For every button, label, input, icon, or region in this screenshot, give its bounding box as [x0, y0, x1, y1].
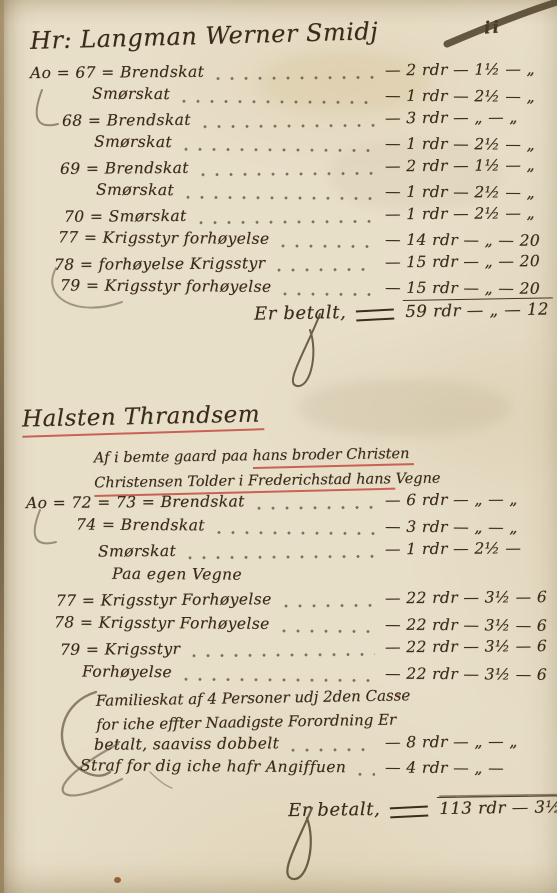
entry-amount: — 15 rdr — „ — 20 — [385, 279, 557, 298]
dotted-leader — [257, 506, 375, 511]
section2-note: Af i bemte gaard paa hans broder Christe… — [94, 442, 441, 497]
equals-sign — [356, 308, 395, 321]
entry-amount: — 1 rdr — 2½ — „ — [385, 183, 557, 202]
entry-label: Ao = 67 = Brendskat — [30, 63, 204, 82]
manuscript-page: ii Hr: Langman Werner Smidj Ao = 67 = Br… — [0, 0, 557, 893]
entry-label: Smørskat — [94, 133, 172, 152]
entry-label: Paa egen Vegne — [112, 564, 242, 583]
dotted-leader — [188, 555, 375, 560]
entry-label: Smørskat — [98, 542, 176, 561]
entry-label: betalt, saaviss dobbelt — [94, 734, 279, 753]
total-amount: 59 rdr — „ — 12 — [403, 297, 553, 321]
entry-amount: — 22 rdr — 3½ — 6 — [385, 588, 557, 607]
dotted-leader — [192, 653, 375, 658]
dotted-leader — [217, 530, 375, 535]
dotted-leader — [199, 219, 375, 224]
entry-amount: — 8 rdr — „ — „ — [385, 732, 557, 751]
entry-label: Smørskat — [92, 85, 170, 104]
show-through-stain — [300, 380, 510, 435]
dotted-leader — [203, 123, 375, 128]
entry-label: Forhøyelse — [82, 662, 172, 681]
red-underlined-text: Christensen Tolder i Frederichstad hans — [94, 471, 391, 491]
entry-amount: — 6 rdr — „ — „ — [385, 490, 557, 509]
entry-amount: — 1 rdr — 2½ — „ — [385, 87, 557, 106]
entry-row: 77 = Krigsstyr Forhøyelse — 22 rdr — 3½ … — [26, 588, 557, 617]
entry-label: 69 = Brendskat — [60, 159, 189, 178]
dotted-leader — [291, 748, 375, 753]
dotted-leader — [282, 629, 375, 634]
entry-amount: — 22 rdr — 3½ — 6 — [385, 615, 557, 634]
dotted-leader — [284, 604, 375, 609]
entry-amount: — 2 rdr — 1½ — „ — [385, 60, 557, 79]
ink-stain — [114, 877, 121, 883]
entry-row: 79 = Krigsstyr — 22 rdr — 3½ — 6 — [26, 637, 557, 666]
entry-amount: — 14 rdr — „ — 20 — [385, 231, 557, 250]
entry-label: Ao = 72 = 73 = Brendskat — [26, 492, 245, 512]
entry-amount: — 1 rdr — 2½ — „ — [385, 204, 557, 223]
entry-amount: — 22 rdr — 3½ — 6 — [385, 664, 557, 683]
entry-amount: — 15 rdr — „ — 20 — [385, 252, 557, 271]
penalty-note-line-2: for iche effter Naadigste Forordning Er — [96, 707, 411, 736]
dotted-leader — [358, 772, 375, 776]
entry-amount: — 2 rdr — 1½ — „ — [385, 156, 557, 175]
entry-label: 78 = forhøyelse Krigsstyr — [54, 254, 266, 274]
entry-label: 74 = Brendskat — [76, 515, 205, 534]
dotted-leader — [184, 677, 375, 682]
entry-row: Smørskat — 1 rdr — 2½ — — [26, 539, 557, 568]
entry-label: 68 = Brendskat — [62, 111, 191, 130]
total-flourish — [293, 314, 320, 386]
entry-label: 79 = Krigsstyr forhøyelse — [60, 276, 272, 295]
entry-label: 77 = Krigsstyr Forhøyelse — [56, 590, 272, 610]
entry-label: 79 = Krigsstyr — [60, 640, 180, 659]
entry-label: 70 = Smørskat — [64, 207, 187, 226]
section2-heading-text: Halsten Thrandsem — [22, 402, 261, 433]
entry-amount: — 4 rdr — „ — — [385, 758, 557, 777]
dotted-leader — [186, 195, 375, 200]
total-label: Er betalt, — [288, 799, 381, 821]
penalty-note: Familieskat af 4 Personer udj 2den Casse… — [96, 683, 411, 736]
corner-ink-stroke — [447, 1, 557, 44]
section2-entries: Ao = 72 = 73 = Brendskat — 6 rdr — „ — „… — [26, 492, 557, 688]
total-amount: 113 rdr — 3½ — — [437, 795, 557, 818]
entry-amount: — 22 rdr — 3½ — 6 — [385, 637, 557, 656]
entry-amount: — 3 rdr — „ — „ — [385, 517, 557, 536]
dotted-leader — [201, 171, 375, 176]
entry-label: Straf for dig iche hafr Angiffuen — [80, 756, 346, 776]
dotted-leader — [184, 147, 375, 152]
entry-amount: — 1 rdr — 2½ — „ — [385, 135, 557, 154]
entry-label: 78 = Krigsstyr Forhøyelse — [54, 613, 270, 633]
red-underlined-text: hans broder Christen — [252, 446, 409, 464]
entry-row: Straf for dig iche hafr Angiffuen — 4 rd… — [80, 756, 557, 783]
entry-label: 77 = Krigsstyr forhøyelse — [58, 228, 270, 247]
dotted-leader — [281, 244, 375, 249]
entry-row: betalt, saaviss dobbelt — 8 rdr — „ — „ — [80, 732, 557, 760]
total-label: Er betalt, — [254, 302, 347, 325]
entry-amount: — 1 rdr — 2½ — — [385, 539, 557, 558]
dotted-leader — [278, 267, 376, 272]
dotted-leader — [182, 99, 375, 104]
section2-heading: Halsten Thrandsem — [22, 402, 261, 433]
entry-label: Smørskat — [96, 181, 174, 200]
dotted-leader — [216, 75, 375, 80]
section1-total-row: Er betalt, 59 rdr — „ — 12 — [254, 297, 553, 324]
section1-heading: Hr: Langman Werner Smidj — [30, 17, 379, 55]
entry-amount: — 3 rdr — „ — „ — [385, 108, 557, 127]
entry-row: Ao = 72 = 73 = Brendskat — 6 rdr — „ — „ — [26, 490, 557, 519]
section2-total-row: Er betalt, 113 rdr — 3½ — — [288, 795, 557, 821]
dotted-leader — [283, 292, 375, 297]
folio-number: ii — [483, 17, 501, 38]
penalty-entries: betalt, saaviss dobbelt — 8 rdr — „ — „ … — [80, 734, 557, 782]
equals-sign — [390, 805, 428, 818]
section1-entries: Ao = 67 = Brendskat — 2 rdr — 1½ — „ Smø… — [30, 62, 557, 302]
